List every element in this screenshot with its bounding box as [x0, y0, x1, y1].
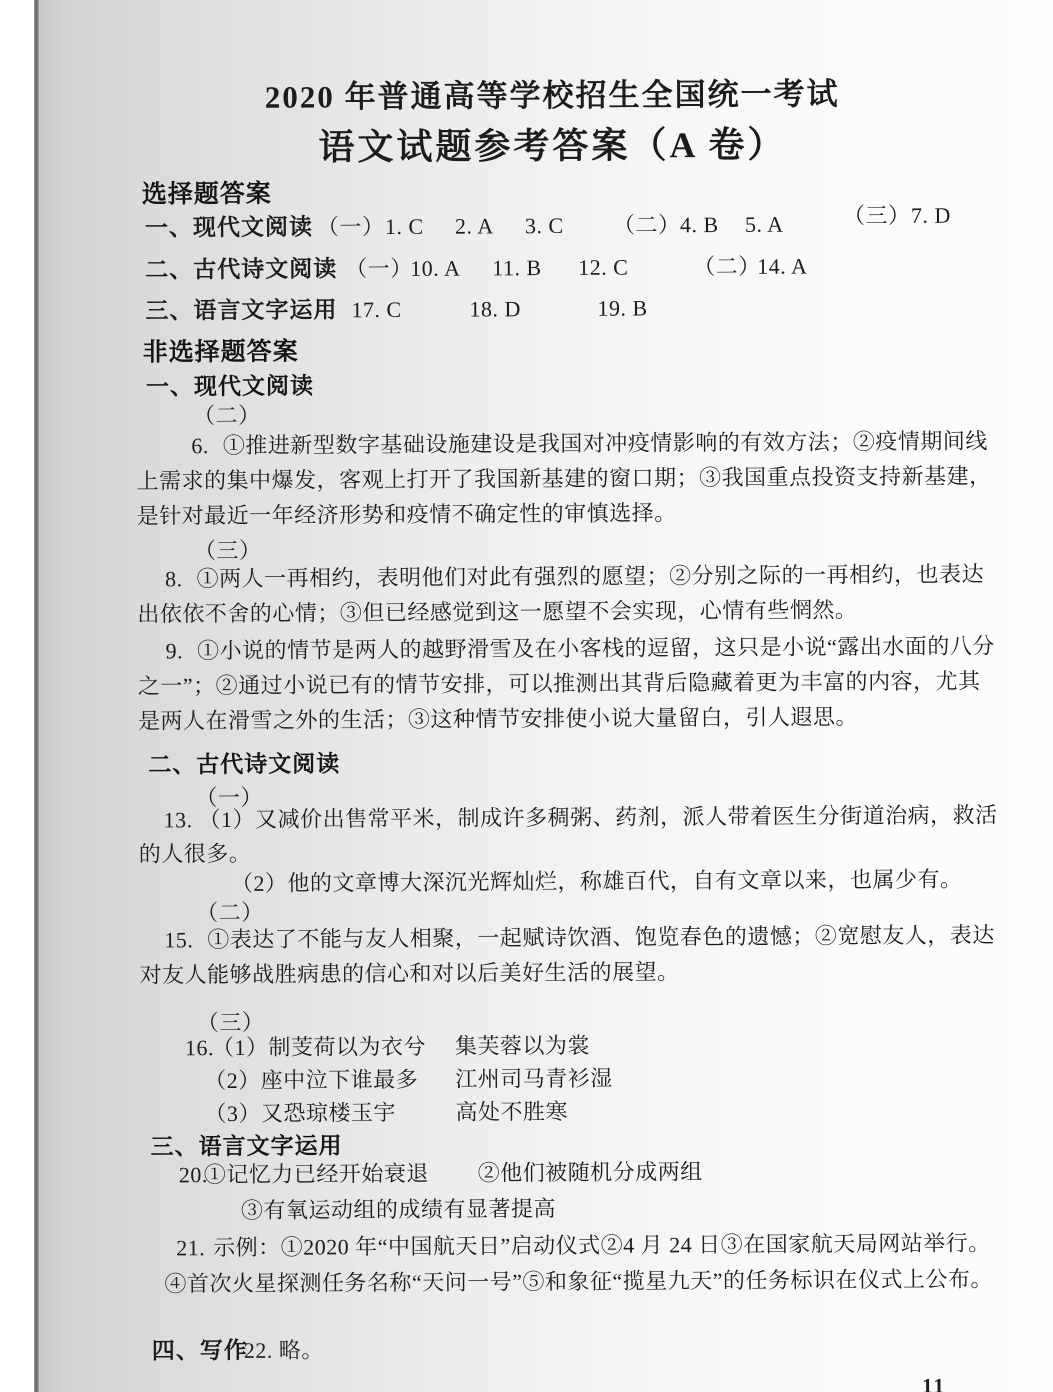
dictation-row: 16. （1）制芰荷以为衣兮 集芙蓉以为裳: [140, 1025, 1002, 1063]
non-choice-answers-heading: 非选择题答案: [143, 332, 299, 369]
item-text: ①表达了不能与友人相聚，一起赋诗饮酒、饱览春色的遗憾；②宽慰友人，表达对友人能够…: [139, 922, 994, 987]
answer-item-13-2: （2）他的文章博大深沉光辉灿烂，称雄百代，自有文章以来，也属少有。: [231, 861, 1053, 901]
answer-item-22: 22. 略。: [244, 1332, 324, 1367]
subpart-label: （二）: [613, 207, 681, 242]
item-text: （2）他的文章博大深沉光辉灿烂，称雄百代，自有文章以来，也属少有。: [231, 867, 963, 896]
answer-item: 12. C: [578, 250, 628, 285]
item-number: 6.: [191, 433, 223, 458]
answer-item-20: 20. ①记忆力已经开始衰退 ②他们被随机分成两组: [141, 1152, 1003, 1189]
item-text: ①小说的情节是两人的越野滑雪及在小客栈的逗留，这只是小说“露出水面的八分之一”；…: [138, 633, 995, 733]
answer-item-13-1: 13.（1）又减价出售常平米，制成许多稠粥、药剂，派人带着医生分街道治病，救活的…: [139, 798, 1001, 871]
verse-second-half: 江州司马青衫湿: [455, 1061, 613, 1097]
item-number: 8.: [165, 566, 197, 591]
choice-answers-heading: 选择题答案: [142, 174, 272, 211]
blank-answer-2: ②他们被随机分成两组: [478, 1154, 703, 1190]
answer-item: 7. D: [911, 198, 951, 233]
answer-key-title: 语文试题参考答案（A 卷）: [134, 115, 996, 171]
item-text: 示例：①2020 年“中国航天日”启动仪式②4 月 24 日③在国家航天局网站举…: [164, 1230, 993, 1296]
subpart-label: （一）: [317, 209, 385, 244]
answer-item: 10. A: [410, 251, 460, 286]
dictation-row: （2）座中泣下谁最多 江州司马青衫湿: [140, 1058, 1002, 1096]
subpart-label: （三）: [843, 198, 911, 233]
subpart-label: （二）: [693, 249, 761, 284]
answer-item: 19. B: [597, 290, 647, 325]
exam-title: 2020 年普通高等学校招生全国统一考试: [134, 67, 996, 117]
answer-item: 18. D: [469, 291, 521, 326]
item-text: ①推进新型数字基础设施建设是我国对冲疫情影响的有效方法；②疫情期间线上需求的集中…: [136, 428, 991, 528]
item-text: ①两人一再相约，表明他们对此有强烈的愿望；②分别之际的一再相约，也表达出依依不舍…: [137, 561, 984, 626]
answer-item: 5. A: [745, 207, 784, 242]
section-heading-modern-reading: 一、现代文阅读: [146, 367, 314, 401]
verse-first-half: （2）座中泣下谁最多: [204, 1062, 418, 1098]
page-number: 11: [922, 1374, 946, 1392]
page-binding-edge: [34, 0, 39, 1392]
choice-row-modern-reading: 一、现代文阅读 （一） 1. C 2. A 3. C （二） 4. B 5. A…: [135, 205, 997, 242]
answer-item-15: 15.①表达了不能与友人相聚，一起赋诗饮酒、饱览春色的遗憾；②宽慰友人，表达对友…: [139, 917, 1001, 992]
answer-item: 2. A: [455, 208, 494, 243]
verse-second-half: 高处不胜寒: [455, 1094, 568, 1130]
answer-item: 14. A: [757, 248, 807, 283]
scanned-answer-page: 2020 年普通高等学校招生全国统一考试 语文试题参考答案（A 卷） 选择题答案…: [0, 0, 1053, 1392]
dictation-row: （3）又恐琼楼玉宇 高处不胜寒: [140, 1091, 1002, 1129]
item-number: 21.: [176, 1235, 213, 1260]
item-number: 15.: [164, 927, 207, 952]
choice-row-classical-reading: 二、古代诗文阅读 （一） 10. A 11. B 12. C （二） 14. A: [135, 247, 997, 284]
answer-item: 4. B: [680, 207, 719, 242]
blank-answer-3: ③有氧运动组的成绩有显著提高: [241, 1191, 556, 1228]
verse-first-half: （3）又恐琼楼玉宇: [204, 1095, 396, 1131]
answer-item-6: 6.①推进新型数字基础设施建设是我国对冲疫情影响的有效方法；②疫情期间线上需求的…: [136, 423, 999, 533]
answer-item: 1. C: [385, 209, 424, 244]
blank-answer-1: ①记忆力已经开始衰退: [204, 1156, 429, 1192]
verse-second-half: 集芙蓉以为裳: [455, 1028, 590, 1064]
section-heading-writing: 四、写作: [152, 1333, 248, 1369]
writing-section-row: 四、写作 22. 略。: [142, 1328, 1004, 1365]
item-text: （1）又减价出售常平米，制成许多稠粥、药剂，派人带着医生分街道治病，救活的人很多…: [139, 802, 998, 866]
answer-item: 3. C: [525, 208, 564, 243]
section-label: 二、古代诗文阅读: [145, 251, 337, 287]
verse-first-half: （1）制芰荷以为衣兮: [212, 1029, 426, 1065]
section-heading-classical-reading: 二、古代诗文阅读: [148, 745, 340, 779]
item-number: 16.: [185, 1030, 214, 1065]
page-content: 2020 年普通高等学校招生全国统一考试 语文试题参考答案（A 卷） 选择题答案…: [134, 0, 1004, 1392]
choice-row-language-use: 三、语言文字运用 17. C 18. D 19. B: [135, 288, 997, 325]
answer-item-21: 21.示例：①2020 年“中国航天日”启动仪式②4 月 24 日③在国家航天局…: [164, 1225, 1004, 1302]
section-label: 一、现代文阅读: [145, 209, 313, 245]
answer-item-16: 16. （1）制芰荷以为衣兮 集芙蓉以为裳 （2）座中泣下谁最多 江州司马青衫湿…: [140, 1025, 1003, 1129]
answer-item-8: 8.①两人一再相约，表明他们对此有强烈的愿望；②分别之际的一再相约，也表达出依依…: [137, 556, 999, 631]
item-number: 13.: [164, 807, 199, 832]
item-number: 9.: [165, 638, 197, 663]
answer-item: 17. C: [351, 292, 401, 327]
section-label: 三、语言文字运用: [145, 292, 337, 328]
answer-item-9: 9.①小说的情节是两人的越野滑雪及在小客栈的逗留，这只是小说“露出水面的八分之一…: [137, 628, 1000, 738]
subpart-label: （一）: [345, 251, 413, 286]
answer-item: 11. B: [492, 250, 542, 285]
